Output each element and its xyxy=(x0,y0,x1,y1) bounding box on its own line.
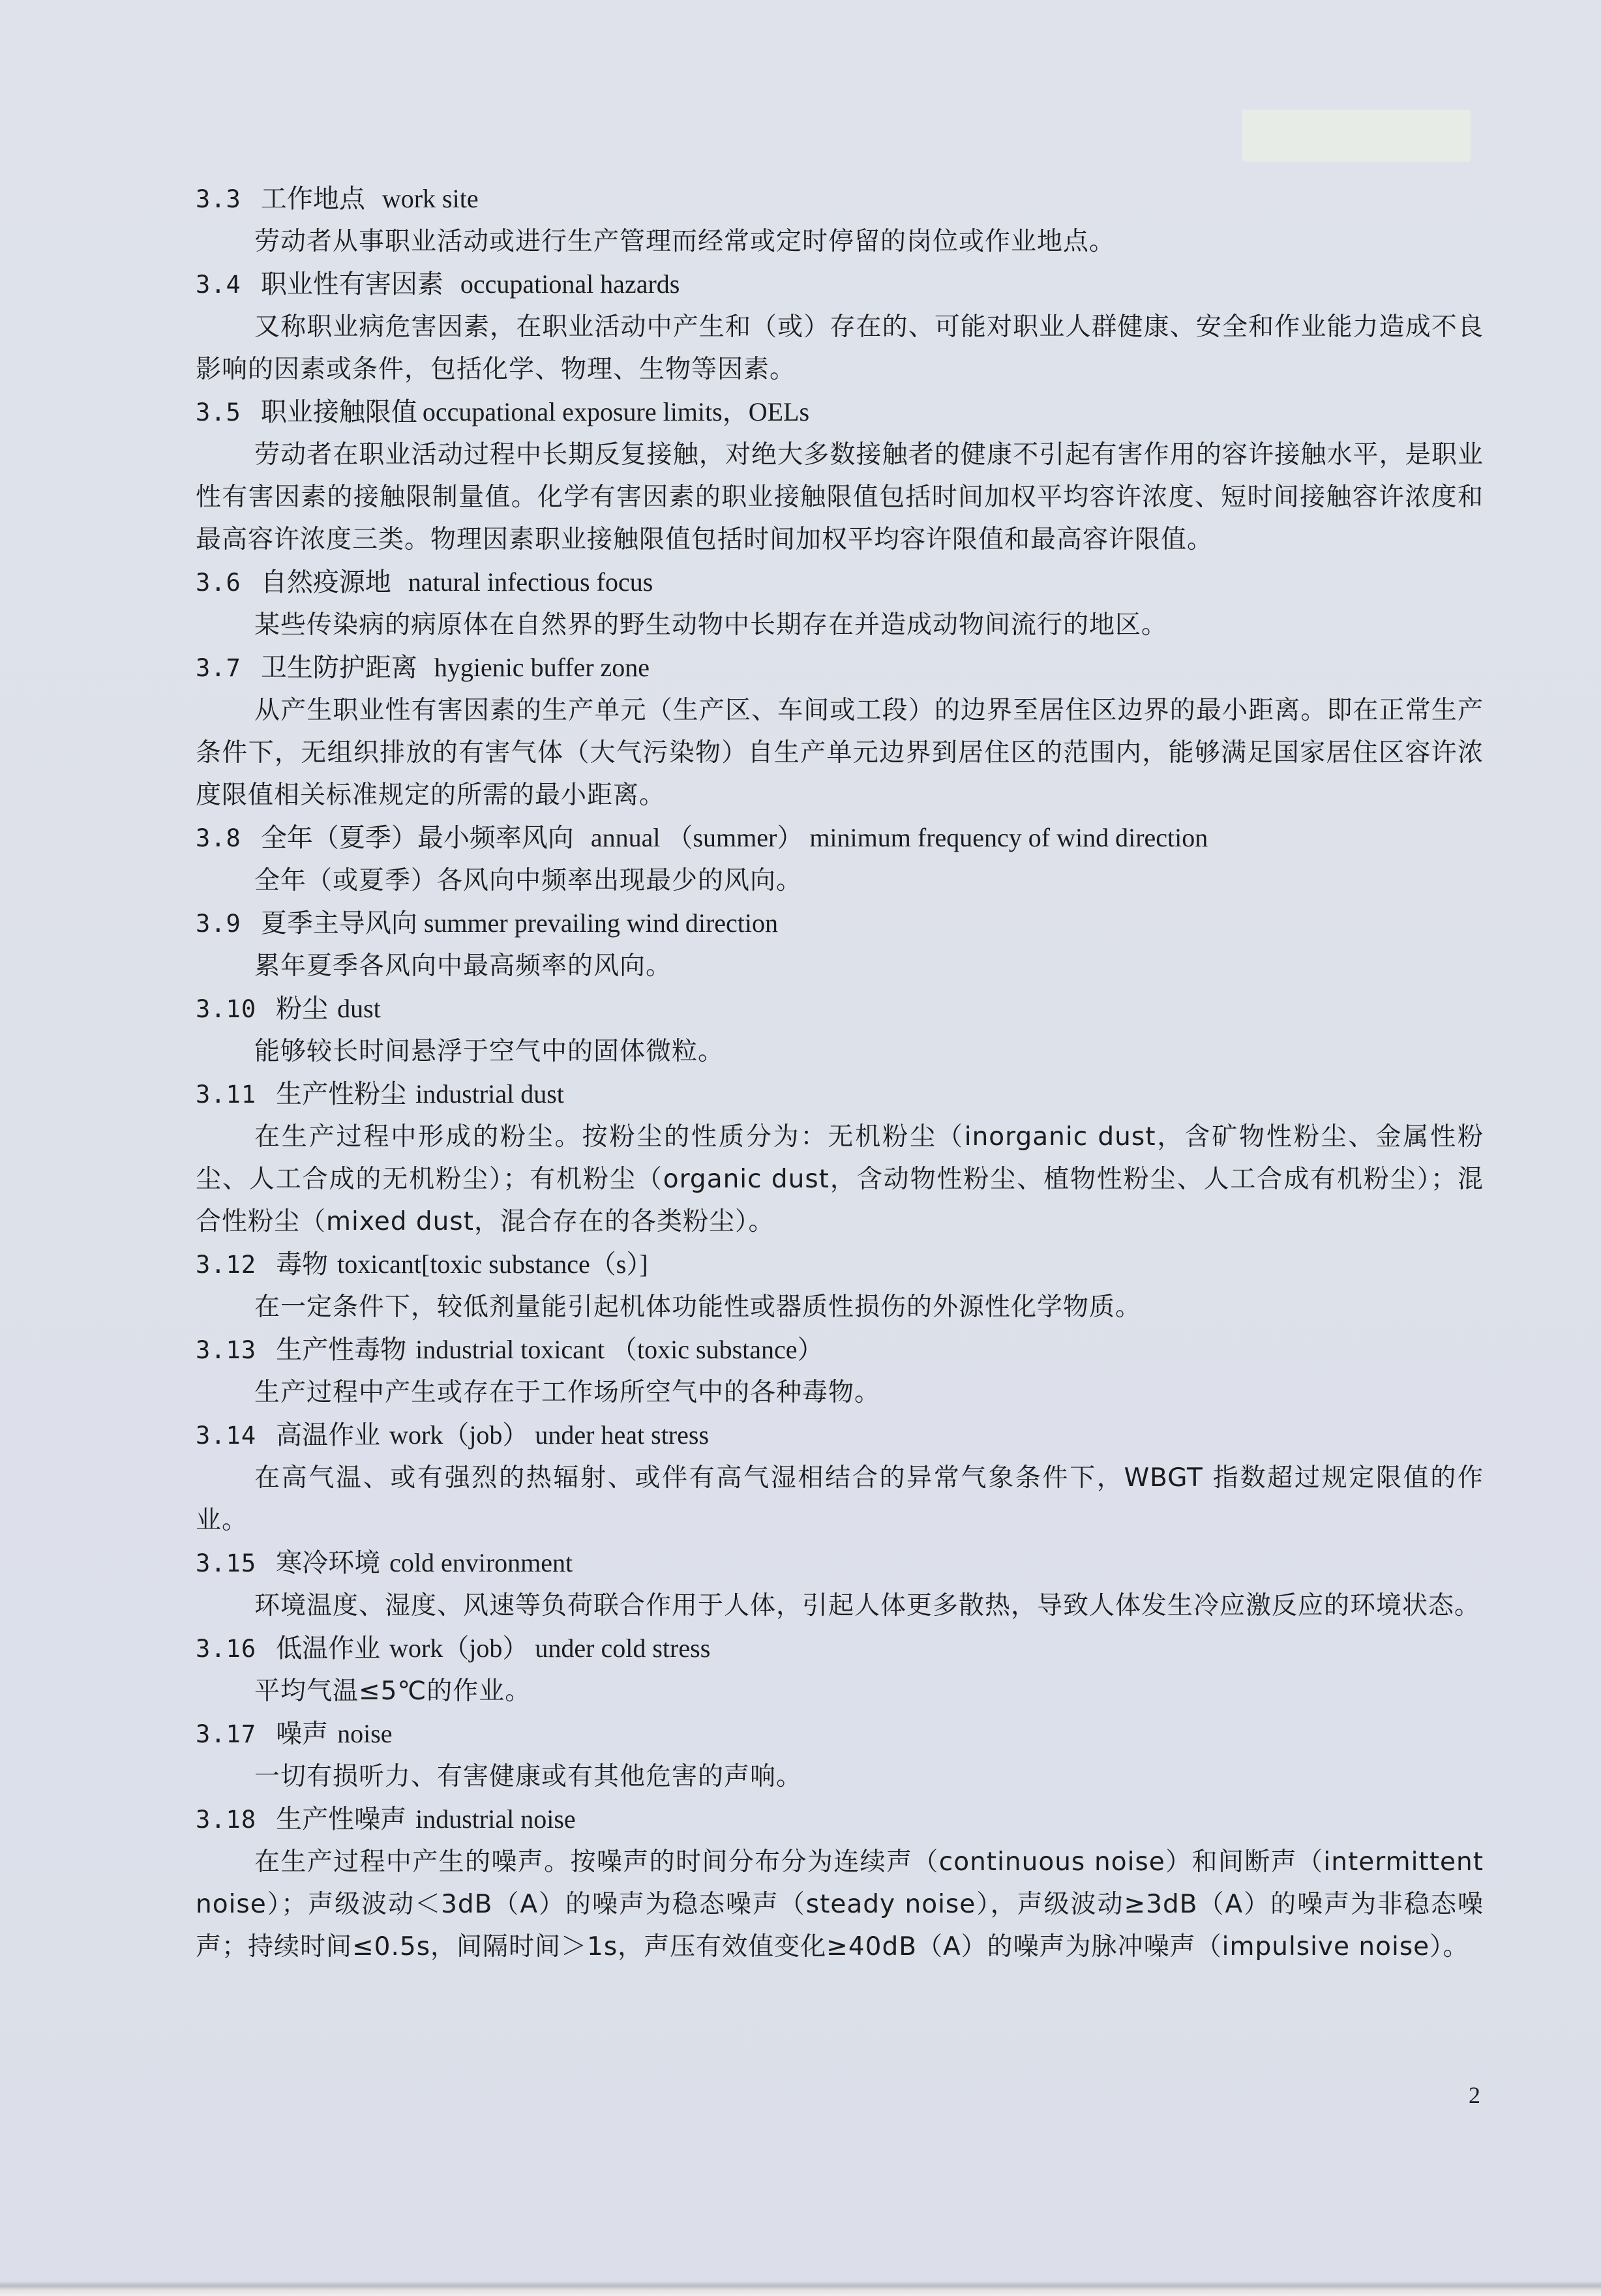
entry-3-4: 3.4职业性有害因素occupational hazards 又称职业病危害因素… xyxy=(196,263,1484,391)
term-heading: 3.11生产性粉尘industrial dust xyxy=(196,1073,1484,1116)
term-english: work site xyxy=(382,184,479,213)
term-heading: 3.12毒物toxicant[toxic substance（s）] xyxy=(196,1243,1484,1286)
term-chinese: 夏季主导风向 xyxy=(261,908,417,938)
entry-3-13: 3.13生产性毒物industrial toxicant （toxic subs… xyxy=(196,1328,1484,1414)
term-english: toxicant[toxic substance（s）] xyxy=(337,1249,648,1279)
term-chinese: 寒冷环境 xyxy=(276,1548,380,1578)
term-english: annual （summer） minimum frequency of win… xyxy=(591,823,1208,852)
term-definition: 在生产过程中产生的噪声。按噪声的时间分布分为连续声（continuous noi… xyxy=(196,1841,1484,1968)
term-number: 3.16 xyxy=(196,1628,256,1670)
term-number: 3.8 xyxy=(196,817,241,859)
term-definition: 全年（或夏季）各风向中频率出现最少的风向。 xyxy=(196,859,1484,902)
term-number: 3.18 xyxy=(196,1798,256,1841)
term-english: cold environment xyxy=(389,1548,573,1577)
term-heading: 3.14高温作业work（job） under heat stress xyxy=(196,1414,1484,1457)
term-definition: 在高气温、或有强烈的热辐射、或伴有高气湿相结合的异常气象条件下，WBGT 指数超… xyxy=(196,1457,1484,1542)
term-number: 3.15 xyxy=(196,1542,256,1585)
term-english: work（job） under cold stress xyxy=(389,1633,710,1663)
entry-3-15: 3.15寒冷环境cold environment 环境温度、湿度、风速等负荷联合… xyxy=(196,1542,1484,1627)
term-definition: 从产生职业性有害因素的生产单元（生产区、车间或工段）的边界至居住区边界的最小距离… xyxy=(196,689,1484,816)
entry-3-14: 3.14高温作业work（job） under heat stress 在高气温… xyxy=(196,1414,1484,1542)
term-chinese: 生产性毒物 xyxy=(276,1335,406,1365)
scan-bottom-edge xyxy=(0,2282,1601,2296)
term-definition: 生产过程中产生或存在于工作场所空气中的各种毒物。 xyxy=(196,1371,1484,1414)
entry-3-5: 3.5职业接触限值occupational exposure limits，OE… xyxy=(196,391,1484,561)
term-number: 3.5 xyxy=(196,391,241,434)
term-number: 3.10 xyxy=(196,988,256,1030)
term-heading: 3.10粉尘dust xyxy=(196,987,1484,1030)
page-number: 2 xyxy=(1469,2081,1480,2109)
term-number: 3.6 xyxy=(196,561,241,604)
term-definition: 劳动者从事职业活动或进行生产管理而经常或定时停留的岗位或作业地点。 xyxy=(196,220,1484,263)
entry-3-10: 3.10粉尘dust 能够较长时间悬浮于空气中的固体微粒。 xyxy=(196,987,1484,1073)
entry-3-17: 3.17噪声noise 一切有损听力、有害健康或有其他危害的声响。 xyxy=(196,1712,1484,1798)
term-english: industrial noise xyxy=(415,1804,576,1834)
term-english: natural infectious focus xyxy=(408,567,653,597)
term-definition: 在一定条件下，较低剂量能引起机体功能性或器质性损伤的外源性化学物质。 xyxy=(196,1286,1484,1328)
term-heading: 3.6自然疫源地natural infectious focus xyxy=(196,561,1484,604)
term-heading: 3.7卫生防护距离hygienic buffer zone xyxy=(196,646,1484,689)
term-english: occupational hazards xyxy=(460,269,680,299)
term-english: work（job） under heat stress xyxy=(389,1420,709,1450)
term-chinese: 高温作业 xyxy=(276,1420,380,1450)
term-definition: 能够较长时间悬浮于空气中的固体微粒。 xyxy=(196,1030,1484,1073)
definitions-list: 3.3工作地点work site 劳动者从事职业活动或进行生产管理而经常或定时停… xyxy=(196,177,1484,1968)
entry-3-18: 3.18生产性噪声industrial noise 在生产过程中产生的噪声。按噪… xyxy=(196,1798,1484,1968)
term-chinese: 全年（夏季）最小频率风向 xyxy=(261,823,574,853)
entry-3-7: 3.7卫生防护距离hygienic buffer zone 从产生职业性有害因素… xyxy=(196,646,1484,816)
term-definition: 某些传染病的病原体在自然界的野生动物中长期存在并造成动物间流行的地区。 xyxy=(196,604,1484,646)
term-heading: 3.8全年（夏季）最小频率风向annual （summer） minimum f… xyxy=(196,816,1484,859)
term-number: 3.4 xyxy=(196,263,241,306)
term-heading: 3.4职业性有害因素occupational hazards xyxy=(196,263,1484,306)
term-heading: 3.18生产性噪声industrial noise xyxy=(196,1798,1484,1841)
term-heading: 3.15寒冷环境cold environment xyxy=(196,1542,1484,1585)
term-chinese: 粉尘 xyxy=(276,994,328,1024)
term-chinese: 卫生防护距离 xyxy=(261,653,417,683)
term-number: 3.3 xyxy=(196,178,241,220)
term-chinese: 工作地点 xyxy=(261,184,365,214)
entry-3-12: 3.12毒物toxicant[toxic substance（s）] 在一定条件… xyxy=(196,1243,1484,1328)
term-english: hygienic buffer zone xyxy=(434,653,650,682)
term-chinese: 职业性有害因素 xyxy=(261,269,443,299)
entry-3-16: 3.16低温作业work（job） under cold stress 平均气温… xyxy=(196,1627,1484,1712)
term-definition: 平均气温≤5℃的作业。 xyxy=(196,1670,1484,1712)
scan-artifact-patch xyxy=(1242,110,1471,162)
term-chinese: 低温作业 xyxy=(276,1633,380,1663)
term-chinese: 毒物 xyxy=(276,1249,328,1279)
entry-3-11: 3.11生产性粉尘industrial dust 在生产过程中形成的粉尘。按粉尘… xyxy=(196,1073,1484,1243)
term-definition: 环境温度、湿度、风速等负荷联合作用于人体，引起人体更多散热，导致人体发生冷应激反… xyxy=(196,1585,1484,1627)
term-heading: 3.3工作地点work site xyxy=(196,177,1484,220)
term-english: industrial toxicant （toxic substance） xyxy=(415,1335,823,1364)
term-chinese: 噪声 xyxy=(276,1719,328,1749)
term-definition: 在生产过程中形成的粉尘。按粉尘的性质分为：无机粉尘（inorganic dust… xyxy=(196,1116,1484,1243)
entry-3-8: 3.8全年（夏季）最小频率风向annual （summer） minimum f… xyxy=(196,816,1484,902)
term-chinese: 生产性粉尘 xyxy=(276,1079,406,1109)
term-definition: 劳动者在职业活动过程中长期反复接触，对绝大多数接触者的健康不引起有害作用的容许接… xyxy=(196,434,1484,561)
term-number: 3.11 xyxy=(196,1073,256,1116)
term-heading: 3.5职业接触限值occupational exposure limits，OE… xyxy=(196,391,1484,434)
term-number: 3.17 xyxy=(196,1713,256,1755)
entry-3-6: 3.6自然疫源地natural infectious focus 某些传染病的病… xyxy=(196,561,1484,646)
term-number: 3.12 xyxy=(196,1244,256,1286)
term-chinese: 职业接触限值 xyxy=(261,397,417,427)
term-definition: 又称职业病危害因素，在职业活动中产生和（或）存在的、可能对职业人群健康、安全和作… xyxy=(196,306,1484,391)
term-english: dust xyxy=(337,994,381,1023)
term-chinese: 自然疫源地 xyxy=(261,567,391,597)
term-english: noise xyxy=(337,1719,392,1748)
term-heading: 3.9夏季主导风向summer prevailing wind directio… xyxy=(196,902,1484,945)
term-heading: 3.17噪声noise xyxy=(196,1712,1484,1755)
term-number: 3.9 xyxy=(196,902,241,945)
term-definition: 累年夏季各风向中最高频率的风向。 xyxy=(196,945,1484,987)
entry-3-9: 3.9夏季主导风向summer prevailing wind directio… xyxy=(196,902,1484,987)
term-number: 3.13 xyxy=(196,1329,256,1371)
term-english: occupational exposure limits，OELs xyxy=(423,397,809,426)
term-definition: 一切有损听力、有害健康或有其他危害的声响。 xyxy=(196,1755,1484,1798)
scanned-page: 3.3工作地点work site 劳动者从事职业活动或进行生产管理而经常或定时停… xyxy=(0,0,1601,2296)
term-chinese: 生产性噪声 xyxy=(276,1804,406,1834)
term-number: 3.7 xyxy=(196,647,241,689)
term-heading: 3.16低温作业work（job） under cold stress xyxy=(196,1627,1484,1670)
term-english: industrial dust xyxy=(415,1079,564,1109)
term-number: 3.14 xyxy=(196,1414,256,1457)
entry-3-3: 3.3工作地点work site 劳动者从事职业活动或进行生产管理而经常或定时停… xyxy=(196,177,1484,263)
term-heading: 3.13生产性毒物industrial toxicant （toxic subs… xyxy=(196,1328,1484,1371)
term-english: summer prevailing wind direction xyxy=(424,908,778,938)
